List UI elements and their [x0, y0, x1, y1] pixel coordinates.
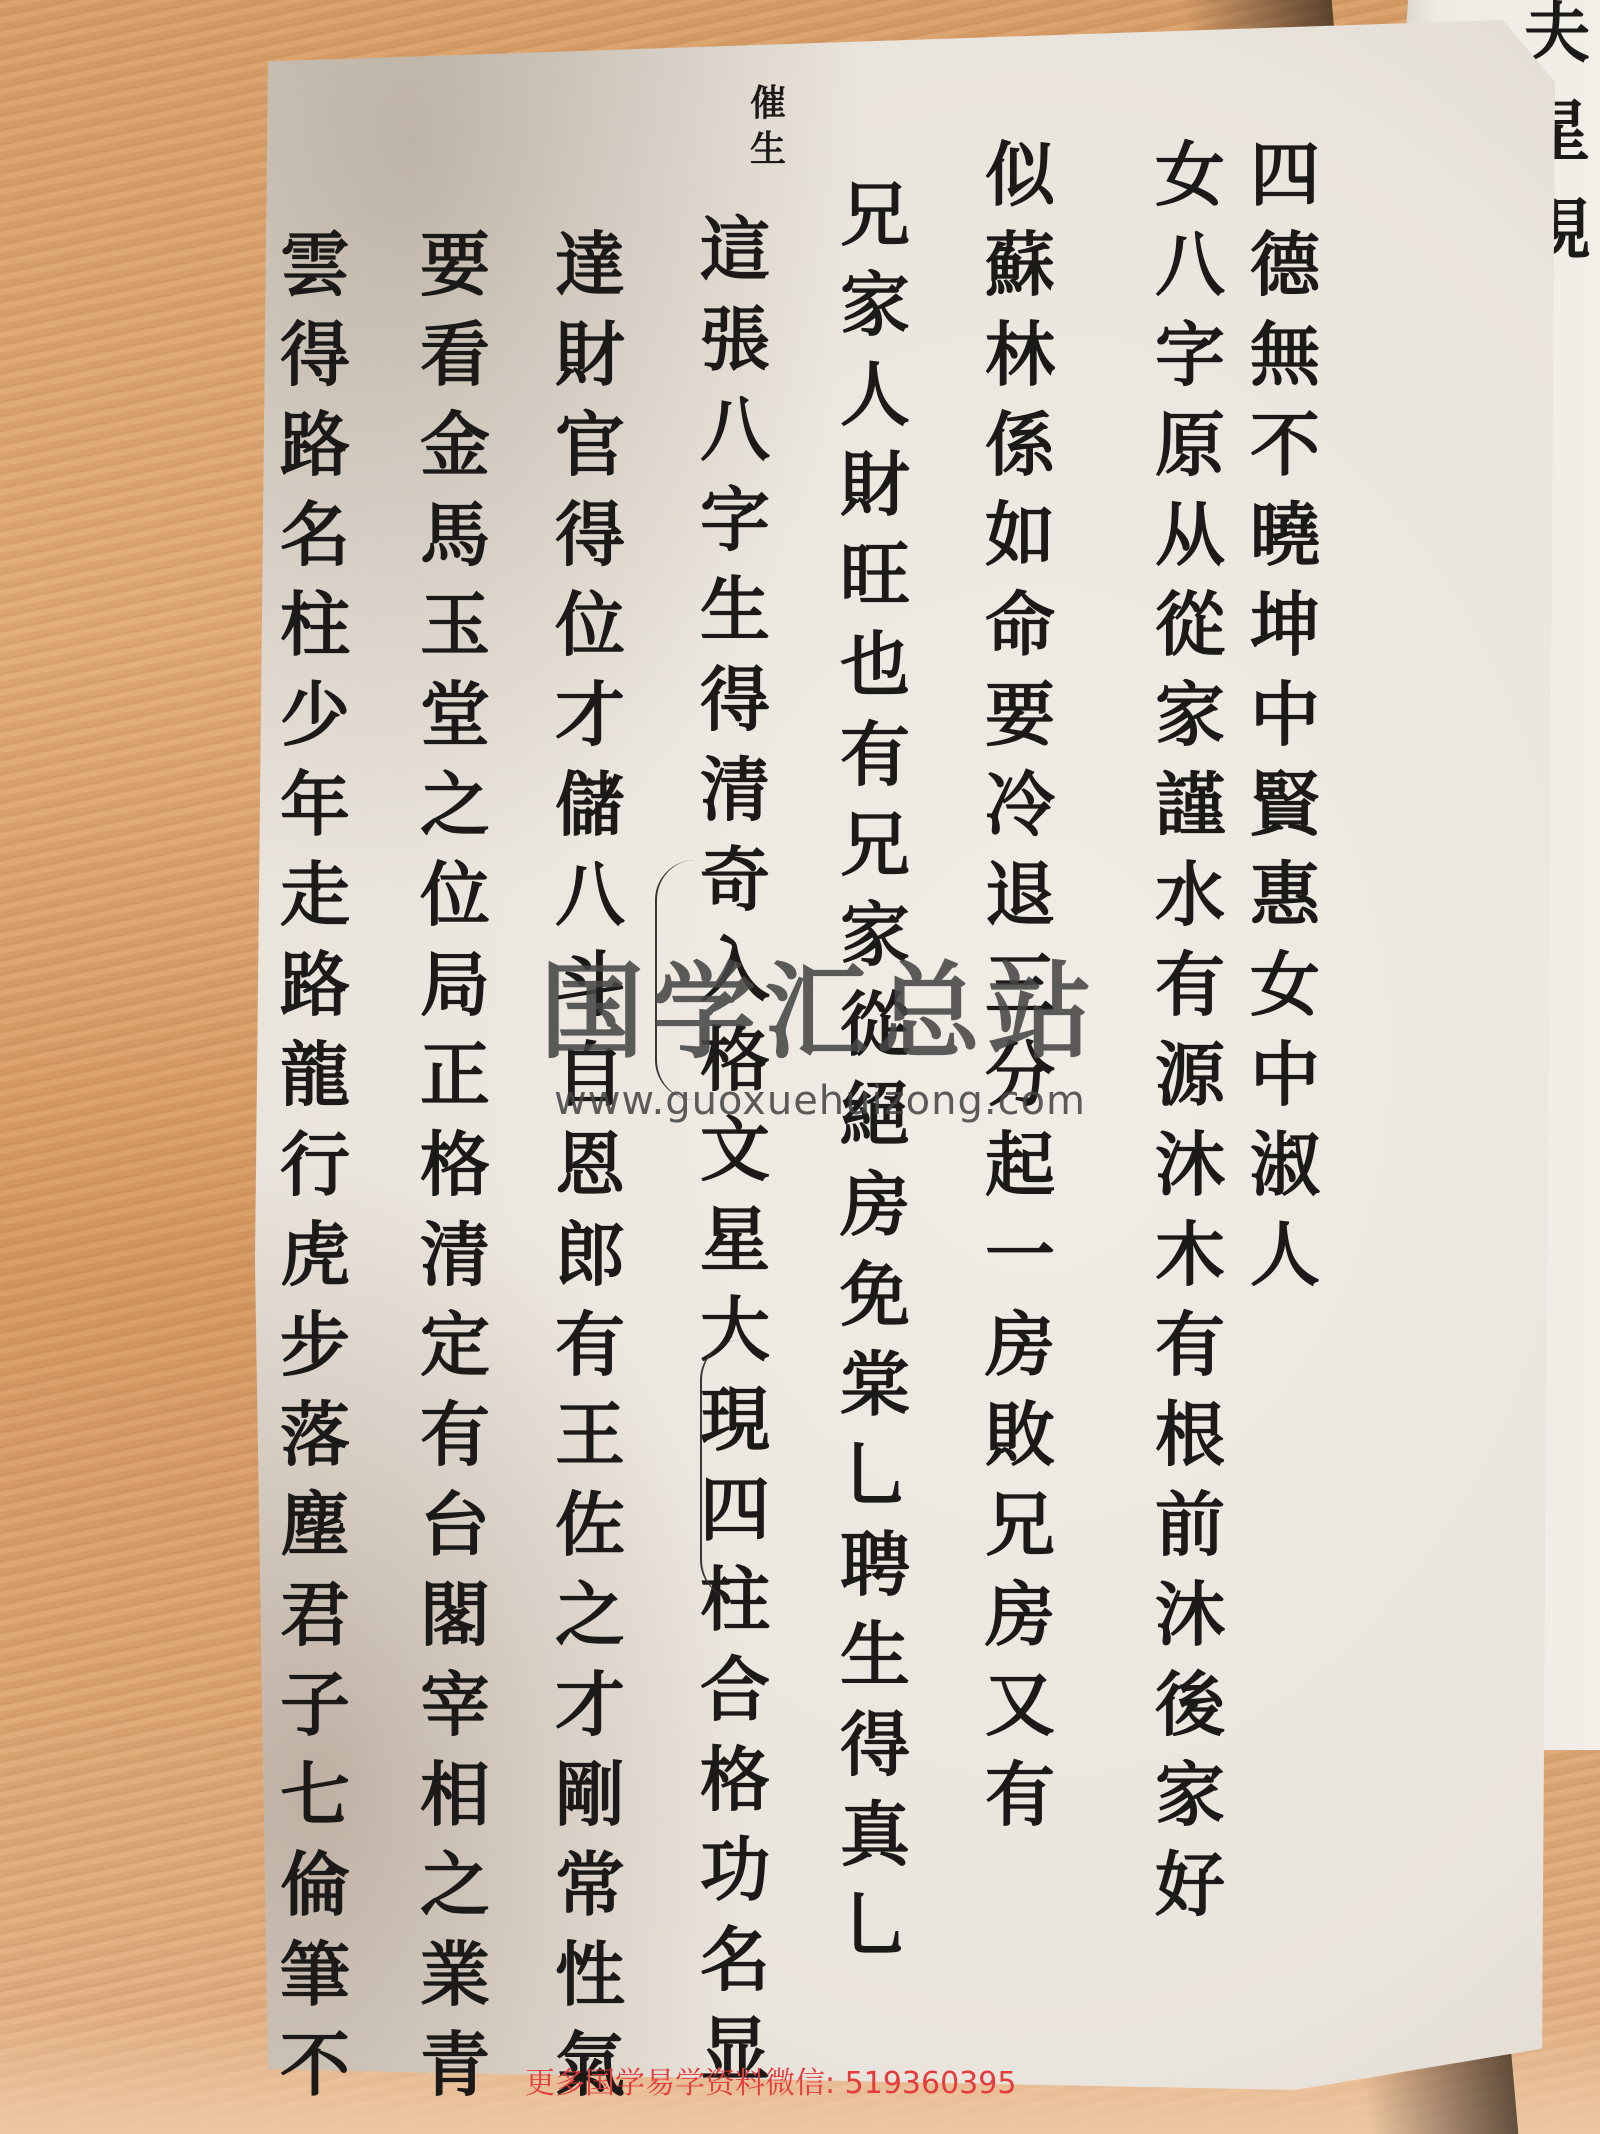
glyph: 子 — [270, 1670, 360, 1760]
glyph: 中 — [1240, 680, 1330, 770]
glyph: 恩 — [545, 1130, 635, 1220]
glyph: 德 — [1240, 230, 1330, 320]
glyph: 兄 — [830, 180, 920, 270]
glyph: 雲 — [270, 230, 360, 320]
glyph: 似 — [975, 140, 1065, 230]
glyph: 從 — [1145, 590, 1235, 680]
glyph: 行 — [270, 1130, 360, 1220]
glyph: 馬 — [410, 500, 500, 590]
glyph: 走 — [270, 860, 360, 950]
glyph: 如 — [975, 500, 1065, 590]
glyph: 步 — [270, 1310, 360, 1400]
glyph: 不 — [270, 2030, 360, 2120]
glyph: 八 — [690, 395, 780, 485]
glyph: 玉 — [410, 590, 500, 680]
glyph: 剛 — [545, 1760, 635, 1850]
glyph: 家 — [1145, 1760, 1235, 1850]
text-column-2: 女八字原从從家謹水有源沐木有根前沐後家好 — [1145, 140, 1235, 1940]
glyph: 命 — [975, 590, 1065, 680]
glyph: 不 — [1240, 410, 1330, 500]
glyph: 名 — [690, 1925, 780, 2015]
glyph: 堂 — [410, 680, 500, 770]
glyph: 之 — [410, 1850, 500, 1940]
glyph: 有 — [1145, 1310, 1235, 1400]
glyph: 兄 — [830, 810, 920, 900]
text-column-7: 要看金馬玉堂之位局正格清定有台閣宰相之業青 — [410, 230, 500, 2120]
glyph: 木 — [1145, 1220, 1235, 1310]
glyph: 之 — [410, 770, 500, 860]
glyph: 位 — [545, 590, 635, 680]
glyph: 四 — [1240, 140, 1330, 230]
glyph: 人 — [830, 360, 920, 450]
glyph: 沐 — [1145, 1130, 1235, 1220]
glyph: 女 — [1145, 140, 1235, 230]
glyph: 無 — [1240, 320, 1330, 410]
glyph: 張 — [690, 305, 780, 395]
glyph: 也 — [830, 630, 920, 720]
glyph: 得 — [690, 665, 780, 755]
glyph: 惠 — [1240, 860, 1330, 950]
glyph: 好 — [1145, 1850, 1235, 1940]
glyph: 清 — [410, 1220, 500, 1310]
glyph: 一 — [975, 1220, 1065, 1310]
glyph: 得 — [545, 500, 635, 590]
glyph: 又 — [975, 1670, 1065, 1760]
glyph: 龍 — [270, 1040, 360, 1130]
glyph: 財 — [545, 320, 635, 410]
glyph: 源 — [1145, 1040, 1235, 1130]
glyph: 星 — [690, 1205, 780, 1295]
glyph: 奇 — [690, 845, 780, 935]
glyph: 性 — [545, 1940, 635, 2030]
glyph: 水 — [1145, 860, 1235, 950]
glyph: 相 — [410, 1760, 500, 1850]
text-column-6: 達財官得位才儲八斗自恩郎有王佐之才剛常性氣 — [545, 230, 635, 2120]
glyph: 有 — [975, 1760, 1065, 1850]
glyph: 倫 — [270, 1850, 360, 1940]
glyph: 家 — [830, 270, 920, 360]
glyph: 林 — [975, 320, 1065, 410]
glyph: 路 — [270, 950, 360, 1040]
text-column-5: 這張八字生得清奇入格文星大現四柱合格功名显 — [690, 215, 780, 2105]
watermark-url: www.guoxuehuizong.com — [500, 1078, 1140, 1124]
glyph: 宰 — [410, 1670, 500, 1760]
glyph: 這 — [690, 215, 780, 305]
glyph: 名 — [270, 500, 360, 590]
glyph: 文 — [690, 1115, 780, 1205]
contact-footer-note: 更多国学易学资料微信: 519360395 — [525, 2058, 1085, 2102]
glyph: 字 — [690, 485, 780, 575]
glyph: 閣 — [410, 1580, 500, 1670]
glyph: 要 — [975, 680, 1065, 770]
glyph: 八 — [1145, 230, 1235, 320]
glyph: 儲 — [545, 770, 635, 860]
glyph: 要 — [410, 230, 500, 320]
glyph: 兄 — [975, 1490, 1065, 1580]
glyph: 看 — [410, 320, 500, 410]
glyph: 佐 — [545, 1490, 635, 1580]
glyph: 从 — [1145, 500, 1235, 590]
glyph: 敗 — [975, 1400, 1065, 1490]
glyph: 路 — [270, 410, 360, 500]
glyph: 有 — [410, 1400, 500, 1490]
glyph: 官 — [545, 410, 635, 500]
glyph: 得 — [270, 320, 360, 410]
text-column-1: 四德無不曉坤中賢惠女中淑人 — [1240, 140, 1330, 1310]
site-watermark: 国学汇总站 www.guoxuehuizong.com — [500, 960, 1140, 1124]
glyph: 有 — [1145, 950, 1235, 1040]
glyph: 淑 — [1240, 1130, 1330, 1220]
glyph: 有 — [545, 1310, 635, 1400]
glyph: 乚 — [830, 1890, 920, 1980]
glyph: 財 — [830, 450, 920, 540]
glyph: 常 — [545, 1850, 635, 1940]
glyph: 才 — [545, 1670, 635, 1760]
glyph: 冷 — [975, 770, 1065, 860]
glyph: 金 — [410, 410, 500, 500]
glyph: 定 — [410, 1310, 500, 1400]
glyph: 家 — [1145, 680, 1235, 770]
glyph: 人 — [1240, 1220, 1330, 1310]
glyph: 塵 — [270, 1490, 360, 1580]
glyph: 房 — [975, 1580, 1065, 1670]
glyph: 女 — [1240, 950, 1330, 1040]
glyph: 柱 — [270, 590, 360, 680]
glyph: 蘇 — [975, 230, 1065, 320]
glyph: 格 — [690, 1745, 780, 1835]
glyph: 才 — [545, 680, 635, 770]
margin-annotation: 催生 — [745, 85, 791, 177]
glyph: 落 — [270, 1400, 360, 1490]
glyph: 係 — [975, 410, 1065, 500]
glyph: 房 — [975, 1310, 1065, 1400]
glyph: 清 — [690, 755, 780, 845]
glyph: 房 — [830, 1170, 920, 1260]
glyph: 業 — [410, 1940, 500, 2030]
glyph: 生 — [690, 575, 780, 665]
glyph: 中 — [1240, 1040, 1330, 1130]
glyph: 青 — [410, 2030, 500, 2120]
glyph: 有 — [830, 720, 920, 810]
glyph: 得 — [830, 1710, 920, 1800]
glyph: 旺 — [830, 540, 920, 630]
glyph: 八 — [545, 860, 635, 950]
glyph: 棠 — [830, 1350, 920, 1440]
glyph: 生 — [830, 1620, 920, 1710]
glyph: 前 — [1145, 1490, 1235, 1580]
glyph: 催 — [745, 85, 791, 131]
glyph: 後 — [1145, 1670, 1235, 1760]
glyph: 乚 — [830, 1440, 920, 1530]
ink-bracket-mark — [700, 1340, 742, 1600]
glyph: 真 — [830, 1800, 920, 1890]
glyph: 合 — [690, 1655, 780, 1745]
glyph: 賢 — [1240, 770, 1330, 860]
watermark-title: 国学汇总站 — [500, 960, 1140, 1064]
glyph: 坤 — [1240, 590, 1330, 680]
glyph: 王 — [545, 1400, 635, 1490]
glyph: 曉 — [1240, 500, 1330, 590]
glyph: 功 — [690, 1835, 780, 1925]
glyph: 退 — [975, 860, 1065, 950]
glyph: 之 — [545, 1580, 635, 1670]
glyph: 字 — [1145, 320, 1235, 410]
glyph: 七 — [270, 1760, 360, 1850]
glyph: 達 — [545, 230, 635, 320]
glyph: 虎 — [270, 1220, 360, 1310]
glyph: 聘 — [830, 1530, 920, 1620]
glyph: 位 — [410, 860, 500, 950]
glyph: 筆 — [270, 1940, 360, 2030]
glyph: 少 — [270, 680, 360, 770]
glyph: 格 — [410, 1130, 500, 1220]
glyph: 君 — [270, 1580, 360, 1670]
glyph: 局 — [410, 950, 500, 1040]
glyph: 生 — [745, 131, 791, 177]
glyph: 起 — [975, 1130, 1065, 1220]
glyph: 郎 — [545, 1220, 635, 1310]
glyph: 正 — [410, 1040, 500, 1130]
glyph: 台 — [410, 1490, 500, 1580]
glyph: 原 — [1145, 410, 1235, 500]
glyph: 根 — [1145, 1400, 1235, 1490]
glyph: 年 — [270, 770, 360, 860]
glyph: 免 — [830, 1260, 920, 1350]
glyph: 沐 — [1145, 1580, 1235, 1670]
text-column-8: 雲得路名柱少年走路龍行虎步落塵君子七倫筆不 — [270, 230, 360, 2120]
glyph: 謹 — [1145, 770, 1235, 860]
